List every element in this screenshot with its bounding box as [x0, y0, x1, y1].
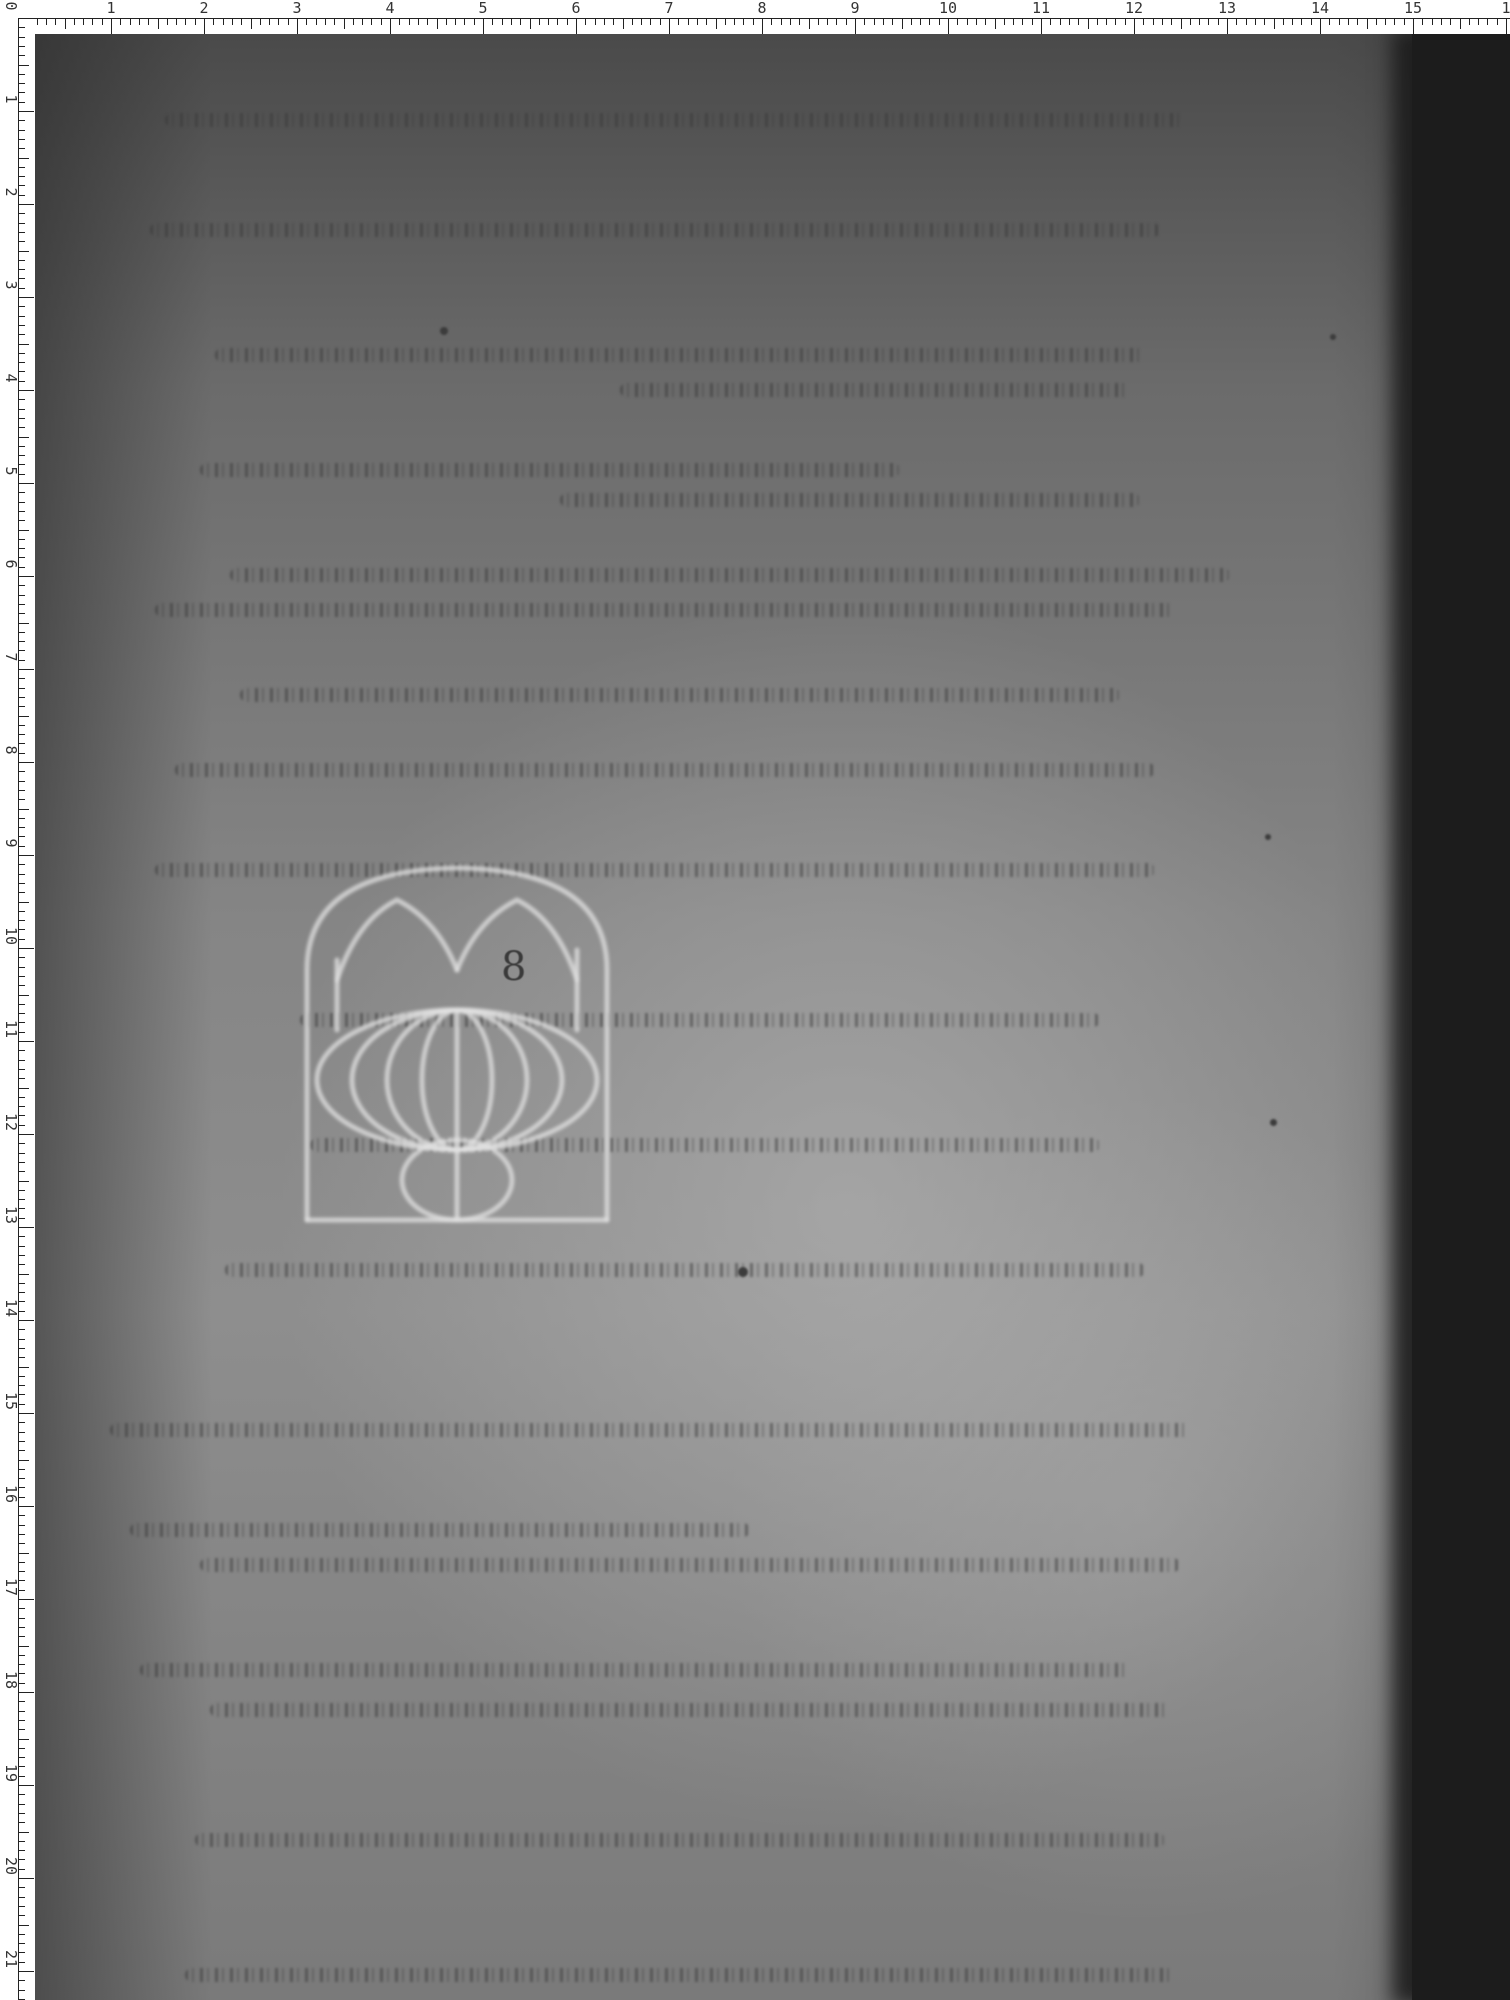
ruler-tick: [204, 18, 205, 34]
ruler-tick: [911, 18, 912, 25]
ruler-tick: [762, 18, 763, 34]
ruler-tick: [1357, 18, 1358, 25]
ruler-tick: [18, 1162, 25, 1163]
ruler-tick: [1283, 18, 1284, 25]
ruler-tick: [18, 920, 25, 921]
ruler-tick: [18, 1181, 29, 1182]
ruler-tick: [18, 641, 25, 642]
ruler-tick: [362, 18, 363, 25]
ruler-tick: [18, 1274, 29, 1275]
ruler-tick: [864, 18, 865, 25]
ruler-tick: [1106, 18, 1107, 25]
ruler-tick: [18, 65, 29, 66]
ruler-tick: [102, 18, 103, 25]
ruler-tick: [18, 1422, 25, 1423]
ruler-tick: [18, 1711, 25, 1712]
ruler-tick: [18, 585, 25, 586]
ruler-tick: [697, 18, 698, 25]
ruler-label: 10: [3, 926, 19, 946]
ruler-tick: [18, 985, 25, 986]
ruler-tick: [18, 1171, 25, 1172]
handwritten-line: [195, 1833, 1165, 1847]
ruler-tick: [511, 18, 512, 25]
ruler-tick: [18, 446, 25, 447]
ruler-tick: [1097, 18, 1098, 25]
ruler-tick: [409, 18, 410, 25]
ruler-label: 9: [850, 0, 859, 16]
ruler-tick: [18, 306, 25, 307]
ruler-tick: [520, 18, 521, 25]
ruler-label: 11: [3, 1019, 19, 1039]
ruler-tick: [18, 1990, 25, 1991]
handwritten-line: [200, 463, 900, 477]
ruler-tick: [18, 1190, 25, 1191]
ruler-tick: [18, 734, 25, 735]
ruler-tick: [18, 1041, 34, 1042]
ruler-label: 21: [3, 1949, 19, 1969]
ruler-label: 11: [1032, 0, 1050, 16]
ruler-tick: [1422, 18, 1423, 25]
ruler-tick: [1376, 18, 1377, 25]
ruler-label: 19: [3, 1763, 19, 1783]
ruler-tick: [288, 18, 289, 25]
ruler-tick: [18, 855, 34, 856]
ruler-tick: [18, 604, 25, 605]
ruler-tick: [18, 1478, 25, 1479]
ruler-tick: [18, 892, 25, 893]
ruler-tick: [1218, 18, 1219, 25]
ruler-tick: [18, 957, 25, 958]
ruler-tick: [18, 1357, 25, 1358]
ruler-tick: [18, 790, 25, 791]
ruler-tick: [223, 18, 224, 25]
handwritten-line: [560, 493, 1140, 507]
ruler-tick: [353, 18, 354, 25]
ruler-label: 13: [1218, 0, 1236, 16]
ruler-tick: [18, 111, 34, 112]
ink-spot: [1270, 1119, 1277, 1126]
ruler-tick: [743, 18, 744, 25]
ruler-tick: [18, 37, 25, 38]
ruler-tick: [502, 18, 503, 25]
ruler-tick: [18, 1106, 25, 1107]
ruler-tick: [18, 809, 29, 810]
handwritten-line: [240, 688, 1120, 702]
ruler-tick: [18, 1060, 25, 1061]
ruler-tick: [18, 1543, 25, 1544]
ruler-tick: [18, 1562, 25, 1563]
ruler-tick: [18, 539, 25, 540]
ruler-tick: [18, 46, 25, 47]
ruler-label: 3: [3, 275, 19, 295]
ruler-tick: [1274, 18, 1275, 29]
ruler-tick: [18, 1246, 25, 1247]
ruler-tick: [1432, 18, 1433, 25]
ruler-tick: [18, 1785, 34, 1786]
ruler-tick: [604, 18, 605, 25]
ruler-tick: [18, 613, 25, 614]
ruler-tick: [18, 1143, 25, 1144]
ruler-tick: [18, 185, 25, 186]
handwritten-line: [155, 603, 1175, 617]
ruler-tick: [83, 18, 84, 25]
ruler-tick: [18, 1553, 29, 1554]
handwritten-line: [130, 1523, 750, 1537]
ruler-tick: [18, 948, 34, 949]
ruler-tick: [18, 716, 29, 717]
ruler-label: 12: [3, 1112, 19, 1132]
ruler-tick: [18, 623, 29, 624]
ruler-tick: [18, 995, 29, 996]
ruler-tick: [18, 669, 34, 670]
ruler-tick: [678, 18, 679, 25]
folio-number: 8: [501, 944, 526, 990]
ruler-tick: [18, 167, 25, 168]
ruler-tick: [316, 18, 317, 25]
watermark-icon: [297, 860, 617, 1240]
ruler-tick: [585, 18, 586, 25]
ruler-tick: [18, 1320, 34, 1321]
ruler-tick: [111, 18, 112, 34]
ruler-label: 5: [478, 0, 487, 16]
ruler-label: 5: [3, 461, 19, 481]
ruler-tick: [18, 1804, 25, 1805]
ruler-tick: [1441, 18, 1442, 25]
ruler-tick: [18, 27, 25, 28]
ruler-tick: [18, 1701, 25, 1702]
ruler-tick: [1162, 18, 1163, 25]
ruler-tick: [18, 74, 25, 75]
ruler-tick: [1032, 18, 1033, 25]
ruler-tick: [1143, 18, 1144, 25]
ruler-tick: [18, 1004, 25, 1005]
ruler-tick: [18, 1832, 29, 1833]
ruler-tick: [799, 18, 800, 25]
ruler-tick: [474, 18, 475, 25]
ruler-tick: [18, 678, 25, 679]
ruler-tick: [557, 18, 558, 25]
ink-spot: [1265, 834, 1271, 840]
ruler-tick: [1050, 18, 1051, 25]
ruler-tick: [18, 511, 25, 512]
ruler-tick: [576, 18, 577, 34]
ruler-tick: [836, 18, 837, 25]
ruler-tick: [18, 1906, 25, 1907]
ink-spot: [1330, 334, 1336, 340]
ruler-label: 1: [1501, 0, 1510, 16]
ruler-tick: [976, 18, 977, 25]
ruler-tick: [18, 520, 25, 521]
ruler-tick: [18, 1413, 34, 1414]
ruler-tick: [539, 18, 540, 25]
ruler-label: 10: [939, 0, 957, 16]
ruler-tick: [920, 18, 921, 25]
ruler-tick: [18, 158, 29, 159]
ruler-tick: [46, 18, 47, 25]
ruler-tick: [18, 650, 25, 651]
ink-spot: [738, 1267, 748, 1277]
ruler-tick: [1171, 18, 1172, 25]
ruler-label: 6: [3, 554, 19, 574]
ruler-tick: [185, 18, 186, 25]
handwritten-line: [175, 763, 1155, 777]
ruler-tick: [1013, 18, 1014, 25]
ruler-tick: [278, 18, 279, 25]
ruler-tick: [390, 18, 391, 34]
ruler-tick: [18, 1376, 25, 1377]
ruler-tick: [344, 18, 345, 29]
ruler-tick: [18, 492, 25, 493]
ruler-tick: [18, 1013, 25, 1014]
ruler-label: 1: [3, 89, 19, 109]
ruler-label: 7: [3, 647, 19, 667]
ruler-tick: [706, 18, 707, 25]
ruler-tick: [1292, 18, 1293, 25]
ruler-tick: [18, 1534, 25, 1535]
ink-spot: [440, 327, 448, 335]
ruler-tick: [139, 18, 140, 25]
ruler-tick: [418, 18, 419, 25]
ruler-label: 20: [3, 1856, 19, 1876]
ruler-tick: [18, 1097, 25, 1098]
ruler-tick: [18, 967, 25, 968]
ruler-tick: [18, 725, 25, 726]
ruler-tick: [18, 120, 25, 121]
ruler-tick: [957, 18, 958, 25]
ruler-tick: [18, 1199, 25, 1200]
ruler-tick: [18, 325, 25, 326]
ruler-tick: [306, 18, 307, 25]
ruler-tick: [18, 251, 29, 252]
ruler-tick: [18, 1739, 29, 1740]
ruler-tick: [18, 371, 25, 372]
ruler-tick: [892, 18, 893, 25]
ruler-tick: [18, 1618, 25, 1619]
ruler-tick: [18, 799, 25, 800]
ruler-tick: [790, 18, 791, 25]
ruler-tick: [734, 18, 735, 25]
ruler-tick: [18, 1236, 25, 1237]
ruler-tick: [18, 353, 25, 354]
ruler-tick: [18, 706, 25, 707]
ruler-tick: [1320, 18, 1321, 34]
ruler-tick: [18, 1934, 25, 1935]
ruler-tick: [427, 18, 428, 25]
ruler-tick: [18, 864, 25, 865]
ruler-tick: [18, 818, 25, 819]
ruler-tick: [167, 18, 168, 25]
ruler-tick: [18, 1692, 34, 1693]
ruler-tick: [18, 1525, 25, 1526]
ruler-tick: [381, 18, 382, 25]
ruler-label: 14: [3, 1298, 19, 1318]
ruler-tick: [18, 762, 34, 763]
ruler-tick: [1041, 18, 1042, 34]
ruler-tick: [902, 18, 903, 29]
ruler-tick: [1497, 18, 1498, 25]
ruler-tick: [18, 18, 34, 19]
ruler-tick: [18, 1794, 25, 1795]
ruler-tick: [18, 1664, 25, 1665]
ruler-tick: [18, 1469, 25, 1470]
handwritten-line: [225, 1263, 1145, 1277]
ruler-tick: [260, 18, 261, 25]
ruler-tick: [18, 455, 25, 456]
ruler-tick: [1394, 18, 1395, 25]
ruler-label: 1: [106, 0, 115, 16]
ruler-tick: [1487, 18, 1488, 25]
ruler-tick: [195, 18, 196, 25]
ruler-label: 18: [3, 1670, 19, 1690]
ruler-tick: [818, 18, 819, 25]
ruler-tick: [446, 18, 447, 25]
ruler-tick: [929, 18, 930, 25]
ruler-tick: [18, 1385, 25, 1386]
ruler-tick: [809, 18, 810, 29]
ruler-tick: [18, 1367, 29, 1368]
ruler-tick: [18, 1460, 29, 1461]
ruler-tick: [1022, 18, 1023, 25]
ruler-tick: [1069, 18, 1070, 25]
ruler-tick: [18, 464, 25, 465]
ruler-tick: [158, 18, 159, 29]
ruler-tick: [18, 548, 25, 549]
ruler-tick: [18, 595, 25, 596]
ruler-tick: [18, 1915, 25, 1916]
ruler-tick: [1088, 18, 1089, 29]
ruler-tick: [1460, 18, 1461, 29]
ruler-tick: [18, 1646, 29, 1647]
handwritten-line: [140, 1663, 1130, 1677]
ruler-tick: [18, 297, 34, 298]
ruler-label: 13: [3, 1205, 19, 1225]
ruler-tick: [18, 827, 25, 828]
ruler-label: 2: [3, 182, 19, 202]
ruler-tick: [18, 269, 25, 270]
ruler-tick: [18, 1339, 25, 1340]
ruler-tick: [1367, 18, 1368, 29]
ruler-tick: [688, 18, 689, 25]
ruler-tick: [18, 1655, 25, 1656]
ruler-tick: [18, 1897, 25, 1898]
ruler-label: 6: [571, 0, 580, 16]
ruler-tick: [967, 18, 968, 25]
ruler-tick: [18, 874, 25, 875]
ruler-tick: [18, 1943, 25, 1944]
ruler-tick: [874, 18, 875, 25]
ruler-tick: [18, 427, 25, 428]
ruler-tick: [437, 18, 438, 29]
ruler-label: 8: [3, 740, 19, 760]
ruler-tick: [492, 18, 493, 25]
ruler-tick: [781, 18, 782, 25]
ruler-tick: [325, 18, 326, 25]
ruler-tick: [18, 1925, 29, 1926]
ruler-label: 2: [199, 0, 208, 16]
ruler-tick: [1450, 18, 1451, 25]
ruler-tick: [985, 18, 986, 25]
ruler-tick: [18, 1432, 25, 1433]
ruler-tick: [18, 1757, 25, 1758]
ruler-tick: [855, 18, 856, 34]
ruler-tick: [18, 1878, 34, 1879]
ruler-label: 15: [3, 1391, 19, 1411]
ruler-tick: [1199, 18, 1200, 25]
ruler-tick: [399, 18, 400, 25]
ruler-tick: [18, 232, 25, 233]
ruler-tick: [18, 223, 25, 224]
ruler-tick: [1385, 18, 1386, 25]
ruler-tick: [74, 18, 75, 25]
ruler-tick: [55, 18, 56, 25]
ruler-tick: [1115, 18, 1116, 25]
handwritten-line: [215, 348, 1145, 362]
ruler-label: 7: [664, 0, 673, 16]
ruler-tick: [18, 1822, 25, 1823]
ruler-tick: [1404, 18, 1405, 25]
ruler-tick: [18, 976, 25, 977]
ruler-tick: [18, 1813, 25, 1814]
ruler-tick: [18, 1506, 34, 1507]
ruler-tick: [18, 1283, 25, 1284]
ruler-tick: [1125, 18, 1126, 25]
scanner-gutter-strip: [1412, 34, 1510, 2000]
ruler-tick: [18, 260, 25, 261]
ruler-tick: [18, 836, 25, 837]
ruler-tick: [297, 18, 298, 34]
handwritten-line: [185, 1968, 1175, 1982]
ruler-tick: [232, 18, 233, 25]
ruler-tick: [18, 1599, 34, 1600]
handwritten-line: [210, 1703, 1170, 1717]
ruler-tick: [18, 1069, 25, 1070]
ruler-tick: [18, 1841, 25, 1842]
ruler-tick: [716, 18, 717, 29]
ruler-tick: [771, 18, 772, 25]
ruler-tick: [18, 139, 25, 140]
ruler-tick: [1339, 18, 1340, 25]
ruler-label: 8: [757, 0, 766, 16]
ruler-tick: [18, 1348, 25, 1349]
ruler-tick: [613, 18, 614, 25]
ruler-tick: [18, 1264, 25, 1265]
ruler-tick: [334, 18, 335, 25]
ruler-tick: [18, 362, 25, 363]
ruler-tick: [18, 148, 25, 149]
ruler-tick: [18, 576, 34, 577]
ruler-label: 4: [3, 368, 19, 388]
ruler-tick: [1469, 18, 1470, 25]
handwritten-line: [110, 1423, 1190, 1437]
ruler-tick: [753, 18, 754, 25]
ruler-tick: [251, 18, 252, 29]
ruler-label: 4: [385, 0, 394, 16]
ruler-tick: [18, 437, 29, 438]
ruler-tick: [632, 18, 633, 25]
ruler-tick: [995, 18, 996, 29]
vertical-ruler: 0123456789101112131415161718192021: [0, 0, 34, 2000]
manuscript-scan: 8: [35, 34, 1510, 2000]
ruler-tick: [18, 176, 25, 177]
horizontal-ruler: 01234567891011121314151: [0, 0, 1510, 34]
ruler-label: 14: [1311, 0, 1329, 16]
ruler-tick: [567, 18, 568, 25]
ruler-tick: [1227, 18, 1228, 34]
ruler-tick: [18, 1292, 25, 1293]
ruler-tick: [1134, 18, 1135, 34]
ruler-tick: [18, 1134, 34, 1135]
ruler-tick: [669, 18, 670, 34]
